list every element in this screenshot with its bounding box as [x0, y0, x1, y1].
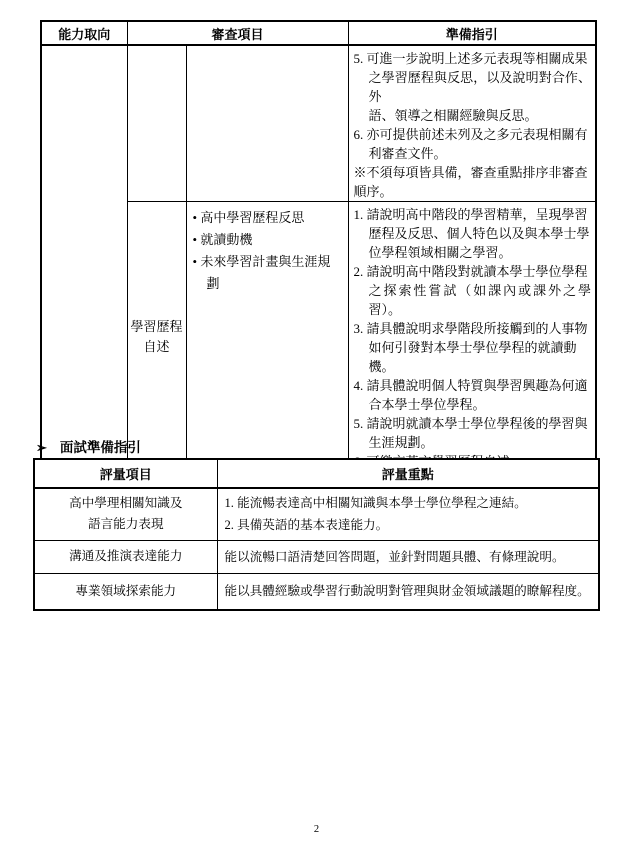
- arrowhead-bullet-icon: ➢: [36, 440, 47, 456]
- assessment-focus-cell: 能以具體經驗或學習行動說明對管理與財金領域議題的瞭解程度。: [217, 573, 599, 610]
- page-number: 2: [0, 824, 633, 835]
- guide-note: ※不須每項皆具備，審查重點排序非審查 順序。: [354, 163, 592, 201]
- interview-table-row: 溝通及推演表達能力 能以流暢口語清楚回答問題，並針對問題具體、有條理說明。: [34, 540, 599, 573]
- guide-item: 1. 請說明高中階段的學習精華，呈現學習 歷程及反思、個人特色以及與本學士學 位…: [354, 205, 592, 262]
- assessment-point: 1. 能流暢表達高中相關知識與本學士學位學程之連結。: [225, 493, 597, 513]
- category-empty-cell: [127, 45, 186, 202]
- ability-orientation-empty-cell: [41, 45, 127, 472]
- guide-cell-portfolio: 1. 請說明高中階段的學習精華，呈現學習 歷程及反思、個人特色以及與本學士學 位…: [348, 202, 596, 473]
- section-title-text: 面試準備指引: [60, 440, 141, 455]
- interview-guide-section-title: ➢面試準備指引: [36, 440, 141, 456]
- review-items-cell: 高中學習歷程反思 就讀動機 未來學習計畫與生涯規 劃: [186, 202, 348, 473]
- header-review-items: 審查項目: [127, 21, 348, 45]
- header-preparation-guide: 準備指引: [348, 21, 596, 45]
- review-items-empty-cell: [186, 45, 348, 202]
- review-guideline-table: 能力取向 審查項目 準備指引 5. 可進一步說明上述多元表現等相關成果 之學習歷…: [40, 20, 597, 473]
- guide-item: 3. 請具體說明求學階段所接觸到的人事物 如何引發對本學士學位學程的就讀動 機。: [354, 319, 592, 376]
- header-ability-orientation: 能力取向: [41, 21, 127, 45]
- interview-table-header-row: 評量項目 評量重點: [34, 459, 599, 488]
- interview-table-row: 專業領域探索能力 能以具體經驗或學習行動說明對管理與財金領域議題的瞭解程度。: [34, 573, 599, 610]
- assessment-point: 能以流暢口語清楚回答問題，並針對問題具體、有條理說明。: [225, 547, 597, 567]
- interview-table-row: 高中學理相關知識及 語言能力表現 1. 能流暢表達高中相關知識與本學士學位學程之…: [34, 488, 599, 540]
- guide-item: 2. 請說明高中階段對就讀本學士學位學程 之探索性嘗試（如課內或課外之學習）。: [354, 262, 592, 319]
- guide-item: 6. 亦可提供前述未列及之多元表現相關有 利審查文件。: [354, 125, 592, 163]
- review-item: 未來學習計畫與生涯規 劃: [193, 251, 346, 295]
- guide-item: 4. 請具體說明個人特質與學習興趣為何適 合本學士學位學程。: [354, 376, 592, 414]
- assessment-point: 2. 具備英語的基本表達能力。: [225, 515, 597, 535]
- assessment-item: 高中學理相關知識及 語言能力表現: [34, 488, 217, 540]
- assessment-focus-cell: 1. 能流暢表達高中相關知識與本學士學位學程之連結。 2. 具備英語的基本表達能…: [217, 488, 599, 540]
- review-item: 就讀動機: [193, 229, 346, 251]
- review-table-header-row: 能力取向 審查項目 準備指引: [41, 21, 596, 45]
- header-assessment-item: 評量項目: [34, 459, 217, 488]
- guide-cell-continued: 5. 可進一步說明上述多元表現等相關成果 之學習歷程與反思，以及說明對合作、外 …: [348, 45, 596, 202]
- review-item: 高中學習歷程反思: [193, 207, 346, 229]
- guide-item: 5. 可進一步說明上述多元表現等相關成果 之學習歷程與反思，以及說明對合作、外 …: [354, 49, 592, 125]
- interview-guideline-table: 評量項目 評量重點 高中學理相關知識及 語言能力表現 1. 能流暢表達高中相關知…: [33, 458, 600, 611]
- assessment-item: 專業領域探索能力: [34, 573, 217, 610]
- guide-item: 5. 請說明就讀本學士學位學程後的學習與 生涯規劃。: [354, 414, 592, 452]
- assessment-focus-cell: 能以流暢口語清楚回答問題，並針對問題具體、有條理說明。: [217, 540, 599, 573]
- review-table-row-continued: 5. 可進一步說明上述多元表現等相關成果 之學習歷程與反思，以及說明對合作、外 …: [41, 45, 596, 202]
- assessment-point: 能以具體經驗或學習行動說明對管理與財金領域議題的瞭解程度。: [225, 581, 597, 601]
- header-assessment-focus: 評量重點: [217, 459, 599, 488]
- category-portfolio-statement: 學習歷程 自述: [127, 202, 186, 473]
- assessment-item: 溝通及推演表達能力: [34, 540, 217, 573]
